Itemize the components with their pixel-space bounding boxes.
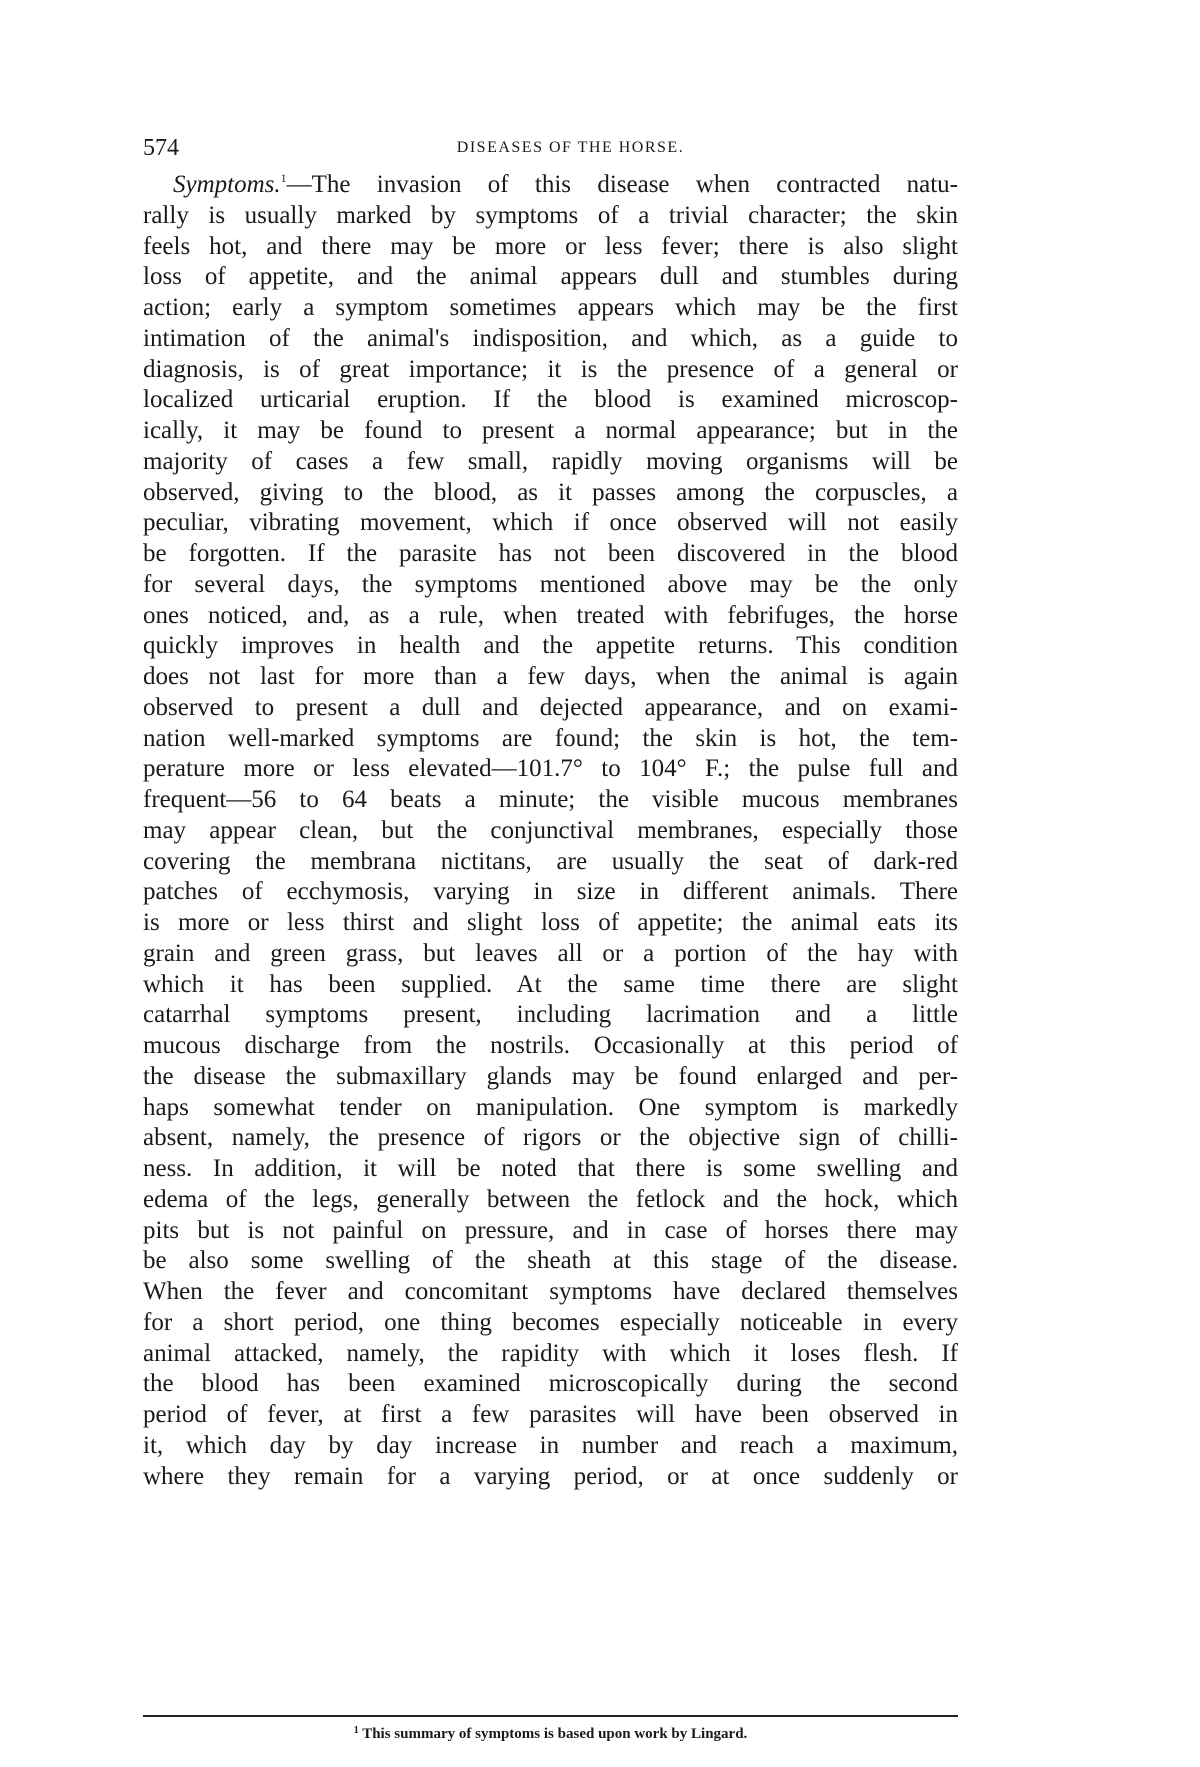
text-line: mucous discharge from the nostrils. Occa… (143, 1031, 958, 1062)
text-line: be forgotten. If the parasite has not be… (143, 539, 958, 570)
text-line: peculiar, vibrating movement, which if o… (143, 508, 958, 539)
text-line: frequent—56 to 64 beats a minute; the vi… (143, 785, 958, 816)
text-line: covering the membrana nictitans, are usu… (143, 847, 958, 878)
text-line: is more or less thirst and slight loss o… (143, 908, 958, 939)
text-line: majority of cases a few small, rapidly m… (143, 447, 958, 478)
text-line: diagnosis, is of great importance; it is… (143, 355, 958, 386)
text-line: localized urticarial eruption. If the bl… (143, 385, 958, 416)
text-line: the blood has been examined microscopica… (143, 1369, 958, 1400)
footnote-rule (143, 1715, 958, 1717)
text-line: ically, it may be found to present a nor… (143, 416, 958, 447)
text-line: animal attacked, namely, the rapidity wi… (143, 1339, 958, 1370)
text-line: absent, namely, the presence of rigors o… (143, 1123, 958, 1154)
text-line: it, which day by day increase in number … (143, 1431, 958, 1462)
text-line: grain and green grass, but leaves all or… (143, 939, 958, 970)
section-heading: Symptoms. (173, 171, 281, 198)
text-line: edema of the legs, generally between the… (143, 1185, 958, 1216)
text-line: the disease the submaxillary glands may … (143, 1062, 958, 1093)
text-line: where they remain for a varying period, … (143, 1462, 958, 1493)
text-line: quickly improves in health and the appet… (143, 631, 958, 662)
text-line: which it has been supplied. At the same … (143, 970, 958, 1001)
text-line: loss of appetite, and the animal appears… (143, 262, 958, 293)
text-line: be also some swelling of the sheath at t… (143, 1246, 958, 1277)
text-line: feels hot, and there may be more or less… (143, 232, 958, 263)
text-line: Symptoms.1—The invasion of this disease … (143, 170, 958, 201)
text-line: When the fever and concomitant symptoms … (143, 1277, 958, 1308)
text-line: may appear clean, but the conjunctival m… (143, 816, 958, 847)
footnote-marker: 1 (354, 1725, 359, 1736)
text-line-content: —The invasion of this disease when contr… (287, 171, 958, 198)
running-header: 574 DISEASES OF THE HORSE. (143, 133, 958, 163)
text-line: observed to present a dull and dejected … (143, 693, 958, 724)
text-line: intimation of the animal's indisposition… (143, 324, 958, 355)
footnote: 1 This summary of symptoms is based upon… (143, 1724, 958, 1744)
text-line: does not last for more than a few days, … (143, 662, 958, 693)
text-line: haps somewhat tender on manipulation. On… (143, 1093, 958, 1124)
text-line: rally is usually marked by symptoms of a… (143, 201, 958, 232)
text-line: perature more or less elevated—101.7° to… (143, 754, 958, 785)
text-line: nation well-marked symptoms are found; t… (143, 724, 958, 755)
footnote-text: This summary of symptoms is based upon w… (362, 1726, 747, 1742)
text-line: ones noticed, and, as a rule, when treat… (143, 601, 958, 632)
text-line: for a short period, one thing becomes es… (143, 1308, 958, 1339)
text-line: ness. In addition, it will be noted that… (143, 1154, 958, 1185)
text-line: action; early a symptom sometimes appear… (143, 293, 958, 324)
text-line: period of fever, at first a few parasite… (143, 1400, 958, 1431)
book-page: 574 DISEASES OF THE HORSE. Symptoms.1—Th… (0, 0, 1200, 1767)
text-line: catarrhal symptoms present, including la… (143, 1000, 958, 1031)
text-line: for several days, the symptoms mentioned… (143, 570, 958, 601)
body-text: Symptoms.1—The invasion of this disease … (143, 170, 958, 1492)
running-title: DISEASES OF THE HORSE. (143, 135, 958, 161)
text-line: patches of ecchymosis, varying in size i… (143, 877, 958, 908)
text-line: observed, giving to the blood, as it pas… (143, 478, 958, 509)
text-line: pits but is not painful on pressure, and… (143, 1216, 958, 1247)
